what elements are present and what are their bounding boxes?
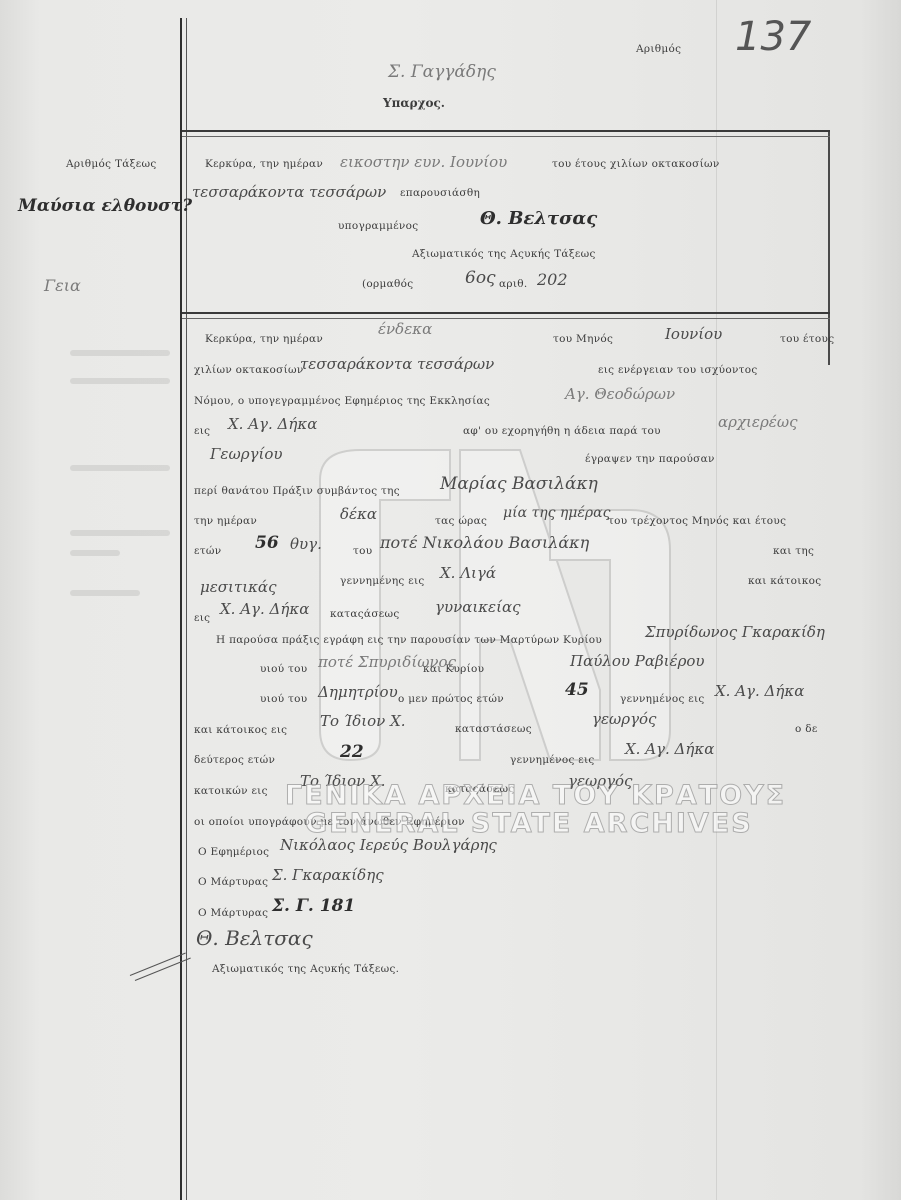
printed-text: Αξιωματικός της Αςυκής Τάξεως [412, 248, 596, 260]
witness1-signature: Σ. Γκαρακίδης [272, 866, 384, 884]
handwritten-residence: Χ. Αγ. Δήκα [220, 600, 309, 618]
watermark-greek: ΓΕΝΙΚΑ ΑΡΧΕΙΑ ΤΟΥ ΚΡΑΤΟΥΣ [285, 780, 786, 811]
handwritten-birthplace: Χ. Αγ. Δήκα [625, 740, 714, 758]
printed-text: του τρέχοντος Μηνός και έτους [608, 515, 786, 527]
bleed-through-mark [70, 350, 170, 356]
register-page: Αριθμός 137 Σ. Γαγγάδης Υπαρχος. Αριθμός… [0, 0, 901, 1200]
printed-text: καταστάσεως [455, 723, 532, 735]
printed-text: και κάτοικος εις [194, 724, 287, 736]
handwritten-day: δέκα [340, 505, 377, 523]
printed-text: έγραψεν την παρούσαν [585, 453, 715, 465]
handwritten-status: γυναικείας [435, 598, 521, 616]
printed-text: αφ' ου εχορηγήθη η άδεια παρά του [463, 425, 661, 437]
printed-text: εις [194, 612, 210, 624]
officer-title: Αξιωματικός της Αςυκής Τάξεως. [212, 963, 399, 975]
printed-text: και της [773, 545, 814, 557]
header-divider [182, 130, 830, 137]
printed-text: ο δε [795, 723, 818, 735]
printed-text: καταςάσεως [330, 608, 400, 620]
bleed-through-mark [70, 465, 170, 471]
printed-text: γεννημένος εις [510, 754, 595, 766]
handwritten-witness2: Παύλου Ραβιέρου [570, 652, 705, 670]
printed-text: υπογραμμένος [338, 220, 418, 232]
priest-signature-label: Ο Εφημέριος [198, 846, 269, 858]
printed-text: Κερκύρα, την ημέραν [205, 158, 323, 170]
printed-text: χιλίων οκτακοσίων [194, 364, 304, 376]
officer-signature: Θ. Βελτσας [196, 926, 313, 950]
printed-text: τας ώρας [435, 515, 487, 527]
handwritten-text: θυγ. [290, 535, 322, 553]
printed-text: του έτους [780, 333, 834, 345]
officer-signature: Θ. Βελτσας [480, 208, 597, 229]
printed-text: (ορμαθός [362, 278, 413, 290]
handwritten-church: Αγ. Θεοδώρων [565, 385, 675, 403]
printed-text: Κερκύρα, την ημέραν [205, 333, 323, 345]
handwritten-bundle-number: 6ος [465, 268, 496, 288]
printed-text: επαρουσιάσθη [400, 187, 480, 199]
record-number-label: Αριθμός [636, 43, 681, 55]
printed-text: δεύτερος ετών [194, 754, 275, 766]
printed-text: και Κυρίου [423, 663, 484, 675]
printed-text: του [353, 545, 372, 557]
bleed-through-mark [70, 590, 140, 596]
handwritten-birthplace: Χ. Λιγά [440, 564, 496, 582]
printed-text: υιού του [260, 663, 307, 675]
witness1-signature-label: Ο Μάρτυρας [198, 876, 268, 888]
handwritten-hour: μία της ημέρας [503, 505, 610, 521]
witness2-signature: Σ. Γ. 181 [272, 896, 355, 916]
printed-text: εις ενέργειαν του ισχύοντος [598, 364, 758, 376]
handwritten-father-name: ποτέ Νικολάου Βασιλάκη [380, 533, 589, 552]
bleed-through-mark [70, 378, 170, 384]
mayor-signature: Σ. Γαγγάδης [388, 62, 496, 82]
handwritten-deceased-name: Μαρίας Βασιλάκη [440, 474, 598, 494]
handwritten-age: 22 [340, 742, 364, 762]
handwritten-age: 45 [565, 680, 589, 700]
printed-text: του έτους χιλίων οκτακοσίων [552, 158, 720, 170]
section1-right-border [828, 130, 830, 315]
printed-text: υιού του [260, 693, 307, 705]
printed-text: αριθ. [499, 278, 528, 290]
handwritten-place: Χ. Αγ. Δήκα [228, 415, 317, 433]
printed-text: γεννημένης εις [340, 575, 425, 587]
record-number: 137 [735, 14, 811, 60]
witness2-signature-label: Ο Μάρτυρας [198, 907, 268, 919]
printed-text: την ημέραν [194, 515, 257, 527]
left-margin-note: Μαύσια ελθουστ? [18, 196, 192, 216]
handwritten-witness1: Σπυρίδωνος Γκαρακίδη [645, 623, 825, 641]
printed-text: περί θανάτου Πράξιν συμβάντος της [194, 485, 400, 497]
handwritten-text: Δημητρίου [318, 683, 398, 701]
handwritten-year: τεσσαράκοντα τεσσάρων [300, 355, 494, 373]
left-margin-note-2: Γεια [44, 276, 81, 295]
printed-text: Νόμου, ο υπογεγραμμένος Εφημέριος της Εκ… [194, 395, 490, 407]
printed-text: του Μηνός [553, 333, 613, 345]
printed-text: ο μεν πρώτος ετών [398, 693, 504, 705]
printed-text: κατοικών εις [194, 785, 268, 797]
handwritten-day: ένδεκα [378, 320, 432, 338]
printed-text: γεννημένος εις [620, 693, 705, 705]
handwritten-authority: αρχιερέως [718, 413, 797, 431]
handwritten-residence: Το Ίδιον Χ. [320, 712, 406, 730]
printed-text: και κάτοικος [748, 575, 821, 587]
handwritten-text: Γεωργίου [210, 445, 283, 463]
handwritten-entry-number: 202 [537, 270, 568, 289]
page-fold-line [716, 0, 717, 1200]
handwritten-age: 56 [255, 533, 279, 553]
handwritten-year: τεσσαράκοντα τεσσάρων [192, 183, 386, 201]
printed-text: εις [194, 425, 210, 437]
handwritten-text: μεσιτικάς [200, 578, 276, 596]
watermark-english: GENERAL STATE ARCHIVES [305, 808, 753, 839]
printed-text: ετών [194, 545, 221, 557]
handwritten-birthplace: Χ. Αγ. Δήκα [715, 682, 804, 700]
bleed-through-mark [70, 550, 120, 556]
handwritten-month: Ιουνίου [665, 325, 722, 343]
margin-stroke [130, 953, 186, 976]
printed-text: Η παρούσα πράξις εγράφη εις την παρουσία… [216, 634, 602, 646]
order-number-label: Αριθμός Τάξεως [66, 158, 157, 170]
handwritten-day: εικοστην ευν. Ιουνίου [340, 153, 507, 171]
mayor-title: Υπαρχος. [383, 96, 445, 110]
section-divider [182, 312, 830, 319]
bleed-through-mark [70, 530, 170, 536]
handwritten-status: γεωργός [592, 710, 656, 728]
